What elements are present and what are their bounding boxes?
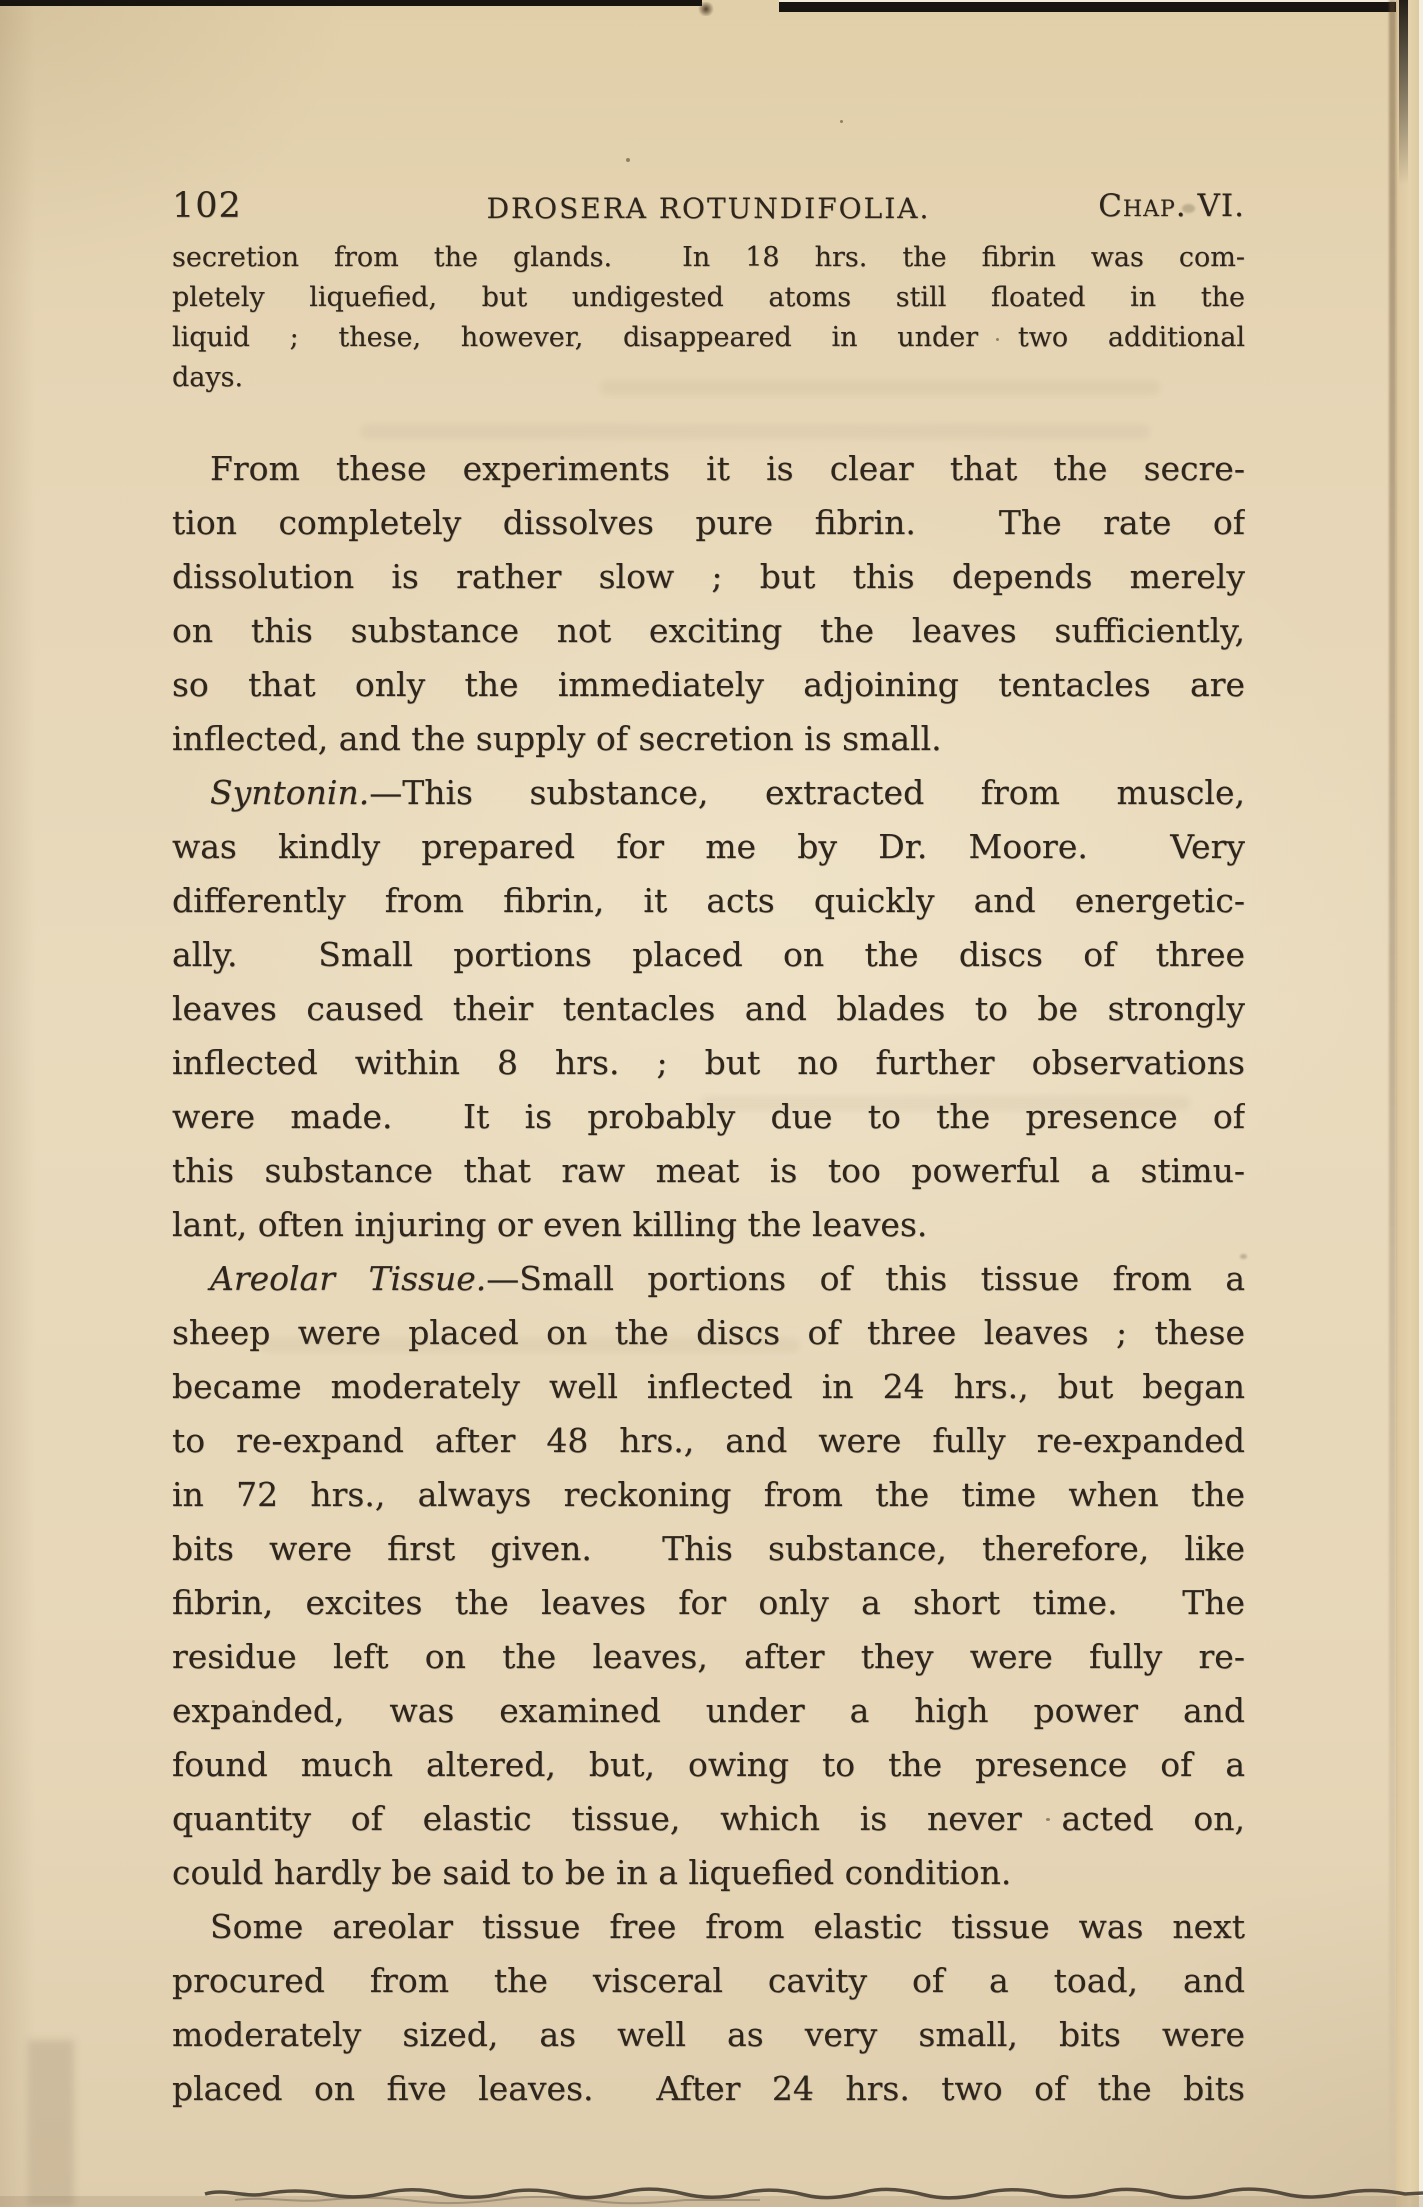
text-line: so that only the immediately adjoining t… <box>172 658 1245 712</box>
paper-speck <box>840 120 843 123</box>
text-line: was kindly prepared for me by Dr. Moore.… <box>172 820 1245 874</box>
text-line: days. <box>172 358 1245 398</box>
text-line: inflected, and the supply of secretion i… <box>172 712 1245 766</box>
text-line: on this substance not exciting the leave… <box>172 604 1245 658</box>
show-through-text <box>360 424 1150 439</box>
page-header: 102 DROSERA ROTUNDIFOLIA. Chap. VI. <box>172 186 1245 230</box>
text-line: bits were first given. This substance, t… <box>172 1522 1245 1576</box>
syntonin-heading: Syntonin. <box>210 773 369 812</box>
text-line: tion completely dissolves pure fibrin. T… <box>172 496 1245 550</box>
text-run: —Small portions of this tissue from a <box>486 1259 1245 1298</box>
chapter-label: Chap. VI. <box>1098 188 1245 224</box>
text-line: fibrin, excites the leaves for only a sh… <box>172 1576 1245 1630</box>
paragraph-small-continuation: secretion from the glands. In 18 hrs. th… <box>172 238 1245 398</box>
scan-edge-bar-top-left <box>0 0 702 6</box>
text-line: quantity of elastic tissue, which is nev… <box>172 1792 1245 1846</box>
text-line: were made. It is probably due to the pre… <box>172 1090 1245 1144</box>
text-line: could hardly be said to be in a liquefie… <box>172 1846 1245 1900</box>
paragraph-areolar-tissue: Areolar Tissue.—Small portions of this t… <box>172 1252 1245 1900</box>
page-crease <box>1389 0 1396 2207</box>
paragraph-experiments: From these experiments it is clear that … <box>172 442 1245 766</box>
page-bottom-edge-line <box>0 2170 1423 2207</box>
text-line: in 72 hrs., always reckoning from the ti… <box>172 1468 1245 1522</box>
body-text: From these experiments it is clear that … <box>172 442 1245 2116</box>
text-line: Some areolar tissue free from elastic ti… <box>172 1900 1245 1954</box>
scan-edge-line-right <box>1399 0 1408 185</box>
scan-edge-bar-top-right <box>779 2 1412 12</box>
text-line: became moderately well inflected in 24 h… <box>172 1360 1245 1414</box>
ink-smudge <box>697 2 715 16</box>
text-line: ally. Small portions placed on the discs… <box>172 928 1245 982</box>
text-line: placed on five leaves. After 24 hrs. two… <box>172 2062 1245 2116</box>
text-line: differently from fibrin, it acts quickly… <box>172 874 1245 928</box>
text-line: lant, often injuring or even killing the… <box>172 1198 1245 1252</box>
page-edge-band <box>1396 0 1419 2207</box>
text-line: found much altered, but, owing to the pr… <box>172 1738 1245 1792</box>
text-line: this substance that raw meat is too powe… <box>172 1144 1245 1198</box>
text-line: liquid ; these, however, disappeared in … <box>172 318 1245 358</box>
text-line: From these experiments it is clear that … <box>172 442 1245 496</box>
text-line: Areolar Tissue.—Small portions of this t… <box>172 1252 1245 1306</box>
book-page-scan: 102 DROSERA ROTUNDIFOLIA. Chap. VI. secr… <box>0 0 1423 2207</box>
text-line: to re-expand after 48 hrs., and were ful… <box>172 1414 1245 1468</box>
text-line: secretion from the glands. In 18 hrs. th… <box>172 238 1245 278</box>
text-line: expanded, was examined under a high powe… <box>172 1684 1245 1738</box>
text-run: —This substance, extracted from muscle, <box>369 773 1245 812</box>
text-line: Syntonin.—This substance, extracted from… <box>172 766 1245 820</box>
paper-speck <box>626 158 630 162</box>
text-line: inflected within 8 hrs. ; but no further… <box>172 1036 1245 1090</box>
paragraph-syntonin: Syntonin.—This substance, extracted from… <box>172 766 1245 1252</box>
page-number: 102 <box>172 186 242 226</box>
areolar-tissue-heading: Areolar Tissue. <box>210 1259 486 1298</box>
running-title: DROSERA ROTUNDIFOLIA. <box>487 192 931 225</box>
paragraph-areolar-toad: Some areolar tissue free from elastic ti… <box>172 1900 1245 2116</box>
text-line: moderately sized, as well as very small,… <box>172 2008 1245 2062</box>
text-line: procured from the visceral cavity of a t… <box>172 1954 1245 2008</box>
text-line: pletely liquefied, but undigested atoms … <box>172 278 1245 318</box>
page-edge-sliver <box>1419 0 1423 2207</box>
text-line: sheep were placed on the discs of three … <box>172 1306 1245 1360</box>
text-line: dissolution is rather slow ; but this de… <box>172 550 1245 604</box>
text-line: residue left on the leaves, after they w… <box>172 1630 1245 1684</box>
text-line: leaves caused their tentacles and blades… <box>172 982 1245 1036</box>
